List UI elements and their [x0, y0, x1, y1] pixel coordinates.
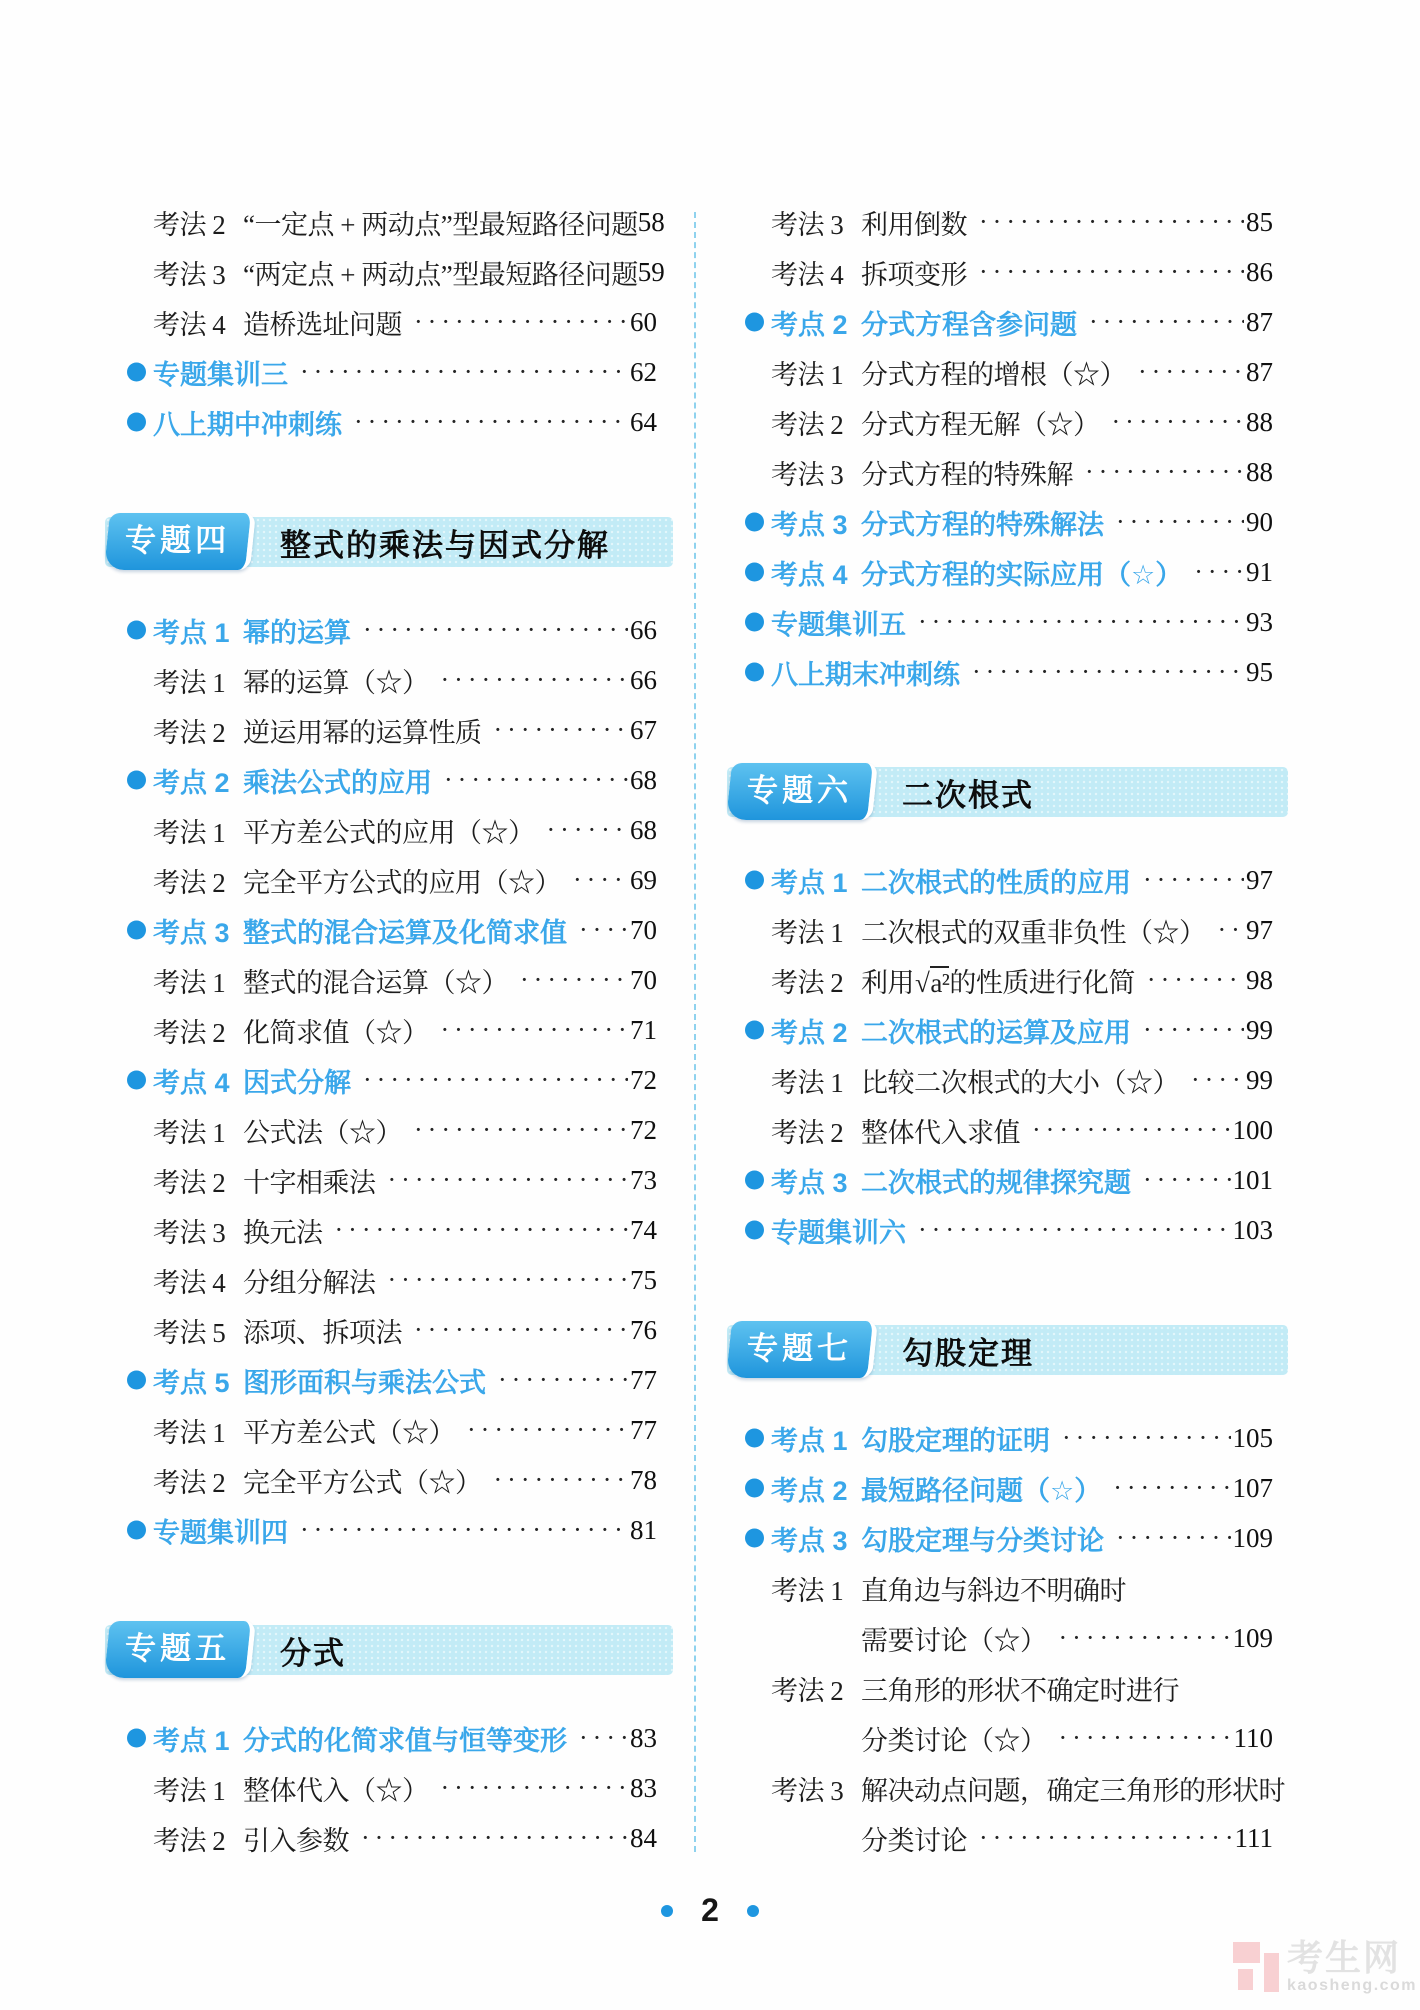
bullet-icon: [745, 1529, 764, 1548]
entry-label: 考点 2: [771, 1469, 861, 1508]
section-header: 专题五分式: [105, 1625, 673, 1675]
entry-label: 考法 2: [153, 861, 243, 900]
toc-entry: 考法 2完全平方公式的应用（☆）························…: [127, 855, 657, 905]
leader-dots: ········································…: [1206, 915, 1245, 945]
page-number: 109: [1233, 1523, 1274, 1554]
section-badge-label: 专题六: [729, 763, 870, 818]
page-number: 88: [1246, 407, 1273, 438]
entry-title: 因式分解: [243, 1061, 351, 1100]
entry-label: 考法 2: [771, 1111, 861, 1150]
bullet-icon: [127, 1071, 146, 1090]
toc-column-right: 考法 3利用倒数································…: [745, 197, 1273, 1863]
page-number: 59: [638, 257, 665, 288]
page-number: 83: [630, 1723, 657, 1754]
toc-entry: 考法 2十字相乘法·······························…: [127, 1155, 657, 1205]
entry-title: 分式方程的增根（☆）: [861, 353, 1126, 392]
entry-label: 考法 1: [771, 353, 861, 392]
watermark-site-name: 考生网: [1287, 1940, 1417, 1976]
leader-dots: ········································…: [1135, 965, 1244, 995]
leader-dots: ········································…: [429, 1015, 629, 1045]
entry-label: 考法 2: [771, 961, 861, 1000]
entry-label: 考法 2: [153, 1461, 243, 1500]
entry-title: 二次根式的规律探究题: [861, 1161, 1131, 1200]
entry-title: 造桥选址问题: [243, 303, 402, 342]
leader-dots: ········································…: [288, 1515, 628, 1545]
toc-entry: 考法 1公式法（☆）······························…: [127, 1105, 657, 1155]
leader-dots: ········································…: [376, 1265, 629, 1295]
toc-entry: 考法 1幂的运算（☆）·····························…: [127, 655, 657, 705]
page-number: 95: [1246, 657, 1273, 688]
toc-entry: 考法 2整体代入求值······························…: [745, 1105, 1273, 1155]
leader-dots: ········································…: [429, 1773, 629, 1803]
page-number: 76: [630, 1315, 657, 1346]
leader-dots: ········································…: [960, 657, 1244, 687]
section-badge: 专题七: [726, 1321, 878, 1378]
leader-dots: ········································…: [482, 715, 629, 745]
page-number: 81: [630, 1515, 657, 1546]
leader-dots: ········································…: [1104, 1523, 1231, 1553]
entry-title: “一定点 + 两动点”型最短路径问题: [243, 203, 638, 242]
leader-dots: ········································…: [567, 1723, 628, 1753]
toc-entry: 八上期中冲刺练·································…: [127, 397, 657, 447]
entry-label: 考法 1: [153, 1411, 243, 1450]
entry-label: 考法 2: [771, 403, 861, 442]
entry-label: 考法 1: [153, 1111, 243, 1150]
entry-title: 图形面积与乘法公式: [243, 1361, 486, 1400]
entry-label: 考法 5: [153, 1311, 243, 1350]
footer-dot-icon: [661, 1905, 673, 1917]
entry-title: 直角边与斜边不明确时: [861, 1569, 1126, 1608]
leader-dots: ········································…: [1179, 1065, 1244, 1095]
entry-title: 幂的运算: [243, 611, 351, 650]
section-title: 整式的乘法与因式分解: [280, 520, 610, 565]
entry-title: 整体代入求值: [861, 1111, 1020, 1150]
toc-entry: 考法 4拆项变形································…: [745, 247, 1273, 297]
page-number: 101: [1233, 1165, 1274, 1196]
entry-title: 平方差公式的应用（☆）: [243, 811, 535, 850]
entry-title: 分组分解法: [243, 1261, 376, 1300]
page-number: 105: [1233, 1423, 1274, 1454]
page-number: 98: [1246, 965, 1273, 996]
bullet-icon: [745, 313, 764, 332]
entry-title: 整式的混合运算（☆）: [243, 961, 508, 1000]
entry-label: 考点 2: [771, 1011, 861, 1050]
entry-title: 二次根式的性质的应用: [861, 861, 1131, 900]
watermark-site-domain: kaosheng.com: [1287, 1978, 1417, 1994]
entry-label: 考法 1: [153, 961, 243, 1000]
toc-entry: 考点 3分式方程的特殊解法···························…: [745, 497, 1273, 547]
toc-entry: 考点 1二次根式的性质的应用··························…: [745, 855, 1273, 905]
leader-dots: ········································…: [432, 765, 628, 795]
entry-title-line2: 需要讨论（☆）: [861, 1619, 1047, 1658]
bullet-icon: [745, 871, 764, 890]
entry-title: 三角形的形状不确定时进行: [861, 1669, 1179, 1708]
entry-title: 完全平方公式（☆）: [243, 1461, 482, 1500]
entry-title: 八上期中冲刺练: [153, 403, 342, 442]
page-number: 58: [638, 207, 665, 238]
bullet-icon: [745, 563, 764, 582]
entry-title: 整式的混合运算及化简求值: [243, 911, 567, 950]
section-title: 分式: [280, 1628, 346, 1673]
leader-dots: ········································…: [402, 1315, 628, 1345]
entry-label: 考法 3: [771, 453, 861, 492]
page-number: 85: [1246, 207, 1273, 238]
entry-label: 考点 1: [771, 1419, 861, 1458]
toc-entry: 考法 3解决动点问题，确定三角形的形状时: [745, 1763, 1273, 1813]
section-badge-label: 专题七: [729, 1321, 870, 1376]
entry-label: 考法 1: [153, 661, 243, 700]
entry-title: 逆运用幂的运算性质: [243, 711, 482, 750]
entry-title-line2: 分类讨论（☆）: [861, 1719, 1047, 1758]
page-number: 74: [630, 1215, 657, 1246]
toc-entry: 考点 2二次根式的运算及应用··························…: [745, 1005, 1273, 1055]
entry-title: 乘法公式的应用: [243, 761, 432, 800]
entry-label: 考法 1: [153, 811, 243, 850]
entry-title: “两定点 + 两动点”型最短路径问题: [243, 253, 638, 292]
leader-dots: ········································…: [1047, 1723, 1232, 1753]
entry-title: 幂的运算（☆）: [243, 661, 429, 700]
entry-title: 完全平方公式的应用（☆）: [243, 861, 561, 900]
page-number: 78: [630, 1465, 657, 1496]
entry-label: 考法 4: [153, 1261, 243, 1300]
page-number: 87: [1246, 357, 1273, 388]
page-number: 103: [1233, 1215, 1274, 1246]
entry-title: 专题集训六: [771, 1211, 906, 1250]
page-number: 69: [630, 865, 657, 896]
entry-label: 考法 2: [153, 1819, 243, 1858]
entry-title: 平方差公式（☆）: [243, 1411, 455, 1450]
bullet-icon: [127, 1521, 146, 1540]
leader-dots: ········································…: [967, 1823, 1233, 1853]
entry-title: 十字相乘法: [243, 1161, 376, 1200]
leader-dots: ········································…: [535, 815, 629, 845]
entry-title: 换元法: [243, 1211, 323, 1250]
watermark-text: 考生网 kaosheng.com: [1287, 1940, 1417, 1994]
entry-label: 考法 1: [771, 911, 861, 950]
entry-label: 考点 5: [153, 1361, 243, 1400]
entry-title: 利用倒数: [861, 203, 967, 242]
entry-title: 分式方程的实际应用（☆）: [861, 553, 1182, 592]
entry-label: 考法 2: [153, 1011, 243, 1050]
page-number: 88: [1246, 457, 1273, 488]
leader-dots: ········································…: [1131, 1165, 1231, 1195]
section-title: 勾股定理: [902, 1328, 1034, 1373]
leader-dots: ········································…: [1073, 457, 1244, 487]
page-number: 66: [630, 615, 657, 646]
toc-entry: 考点 5图形面积与乘法公式···························…: [127, 1355, 657, 1405]
leader-dots: ········································…: [349, 1823, 628, 1853]
page-number: 72: [630, 1115, 657, 1146]
page-number: 73: [630, 1165, 657, 1196]
entry-title: 专题集训三: [153, 353, 288, 392]
toc-entry: 考法 3分式方程的特殊解····························…: [745, 447, 1273, 497]
toc-entry: 考法 1二次根式的双重非负性（☆）·······················…: [745, 905, 1273, 955]
section-header: 专题六二次根式: [727, 767, 1288, 817]
toc-entry: 考点 4分式方程的实际应用（☆）························…: [745, 547, 1273, 597]
toc-entry: 考法 2完全平方公式（☆）···························…: [127, 1455, 657, 1505]
leader-dots: ········································…: [351, 1065, 628, 1095]
toc-entry: 考法 2化简求值（☆）·····························…: [127, 1005, 657, 1055]
page-number: 67: [630, 715, 657, 746]
section-badge-label: 专题四: [107, 513, 248, 568]
leader-dots: ········································…: [429, 665, 629, 695]
entry-label: 考法 2: [153, 711, 243, 750]
toc-entry: 考点 3二次根式的规律探究题··························…: [745, 1155, 1273, 1205]
bullet-icon: [745, 1221, 764, 1240]
toc-entry: 考点 3勾股定理与分类讨论···························…: [745, 1513, 1273, 1563]
toc-entry-continuation: 分类讨论····································…: [745, 1813, 1273, 1863]
entry-label: 考法 3: [153, 1211, 243, 1250]
bullet-icon: [127, 771, 146, 790]
toc-entry: 八上期末冲刺练·································…: [745, 647, 1273, 697]
footer-dot-icon: [747, 1905, 759, 1917]
entry-title: 整体代入（☆）: [243, 1769, 429, 1808]
bullet-icon: [127, 921, 146, 940]
sqrt-radicand: a²: [930, 966, 949, 998]
entry-title: 利用√a²的性质进行化简: [861, 961, 1135, 1000]
entry-label: 考法 4: [153, 303, 243, 342]
page-number: 64: [630, 407, 657, 438]
leader-dots: ········································…: [1131, 1015, 1244, 1045]
entry-label: 考法 3: [771, 203, 861, 242]
entry-title: 化简求值（☆）: [243, 1011, 429, 1050]
entry-label: 考法 3: [771, 1769, 861, 1808]
book-page: { "colors": { "accent_blue": "#3aa7ea", …: [0, 0, 1420, 2010]
entry-title: 专题集训四: [153, 1511, 288, 1550]
toc-entry: 专题集训三···································…: [127, 347, 657, 397]
entry-label: 考点 4: [771, 553, 861, 592]
page-number: 83: [630, 1773, 657, 1804]
page-footer: 2: [0, 1892, 1420, 1929]
leader-dots: ········································…: [906, 1215, 1231, 1245]
entry-title: 比较二次根式的大小（☆）: [861, 1061, 1179, 1100]
toc-entry: 考点 3整式的混合运算及化简求值························…: [127, 905, 657, 955]
bullet-icon: [745, 1479, 764, 1498]
page-number: 77: [630, 1365, 657, 1396]
toc-entry-continuation: 分类讨论（☆）·································…: [745, 1713, 1273, 1763]
toc-entry-continuation: 需要讨论（☆）·································…: [745, 1613, 1273, 1663]
leader-dots: ········································…: [1126, 357, 1244, 387]
toc-entry: 考法 3利用倒数································…: [745, 197, 1273, 247]
column-divider: [694, 212, 696, 1852]
page-number: 109: [1233, 1623, 1274, 1654]
section-badge-label: 专题五: [107, 1621, 248, 1676]
toc-entry: 考法 3“两定点 + 两动点”型最短路径问题59: [127, 247, 657, 297]
entry-label: 考法 1: [153, 1769, 243, 1808]
page-number: 111: [1235, 1823, 1274, 1854]
toc-entry: 考点 1勾股定理的证明·····························…: [745, 1413, 1273, 1463]
leader-dots: ········································…: [1020, 1115, 1231, 1145]
entry-label: 考点 1: [771, 861, 861, 900]
bullet-icon: [745, 1429, 764, 1448]
entry-label: 考法 2: [771, 1669, 861, 1708]
page-number: 99: [1246, 1015, 1273, 1046]
leader-dots: ········································…: [567, 915, 628, 945]
entry-title-line2: 分类讨论: [861, 1819, 967, 1858]
leader-dots: ········································…: [1077, 307, 1244, 337]
sqrt-suffix: 的性质进行化简: [949, 968, 1135, 998]
entry-label: 考点 1: [153, 1719, 243, 1758]
toc-entry: 考法 2“一定点 + 两动点”型最短路径问题58: [127, 197, 657, 247]
bullet-icon: [127, 1371, 146, 1390]
entry-title: 引入参数: [243, 1819, 349, 1858]
page-number: 100: [1233, 1115, 1274, 1146]
page-number: 68: [630, 815, 657, 846]
toc-entry: 考法 1比较二次根式的大小（☆）························…: [745, 1055, 1273, 1105]
page-number: 2: [701, 1892, 719, 1929]
toc-entry: 考点 2乘法公式的应用·····························…: [127, 755, 657, 805]
entry-label: 考法 2: [153, 203, 243, 242]
toc-entry: 考点 4因式分解································…: [127, 1055, 657, 1105]
page-number: 110: [1234, 1723, 1274, 1754]
section-header: 专题七勾股定理: [727, 1325, 1288, 1375]
toc-entry: 考法 3换元法·································…: [127, 1205, 657, 1255]
toc-entry: 考法 1直角边与斜边不明确时: [745, 1563, 1273, 1613]
page-number: 60: [630, 307, 657, 338]
entry-label: 考点 3: [153, 911, 243, 950]
toc-entry: 考点 1幂的运算································…: [127, 605, 657, 655]
toc-entry: 考点 2最短路径问题（☆）···························…: [745, 1463, 1273, 1513]
page-number: 107: [1233, 1473, 1274, 1504]
page-number: 93: [1246, 607, 1273, 638]
page-number: 99: [1246, 1065, 1273, 1096]
bullet-icon: [745, 1171, 764, 1190]
leader-dots: ········································…: [967, 257, 1244, 287]
entry-title: 分式方程的特殊解法: [861, 503, 1104, 542]
entry-label: 考点 4: [153, 1061, 243, 1100]
leader-dots: ········································…: [1182, 557, 1244, 587]
toc-entry: 专题集训四···································…: [127, 1505, 657, 1555]
kaosheng-logo-icon: [1233, 1940, 1279, 1992]
bullet-icon: [127, 413, 146, 432]
page-number: 68: [630, 765, 657, 796]
toc-entry: 考法 2分式方程无解（☆）···························…: [745, 397, 1273, 447]
entry-label: 考点 2: [153, 761, 243, 800]
leader-dots: ········································…: [1104, 507, 1244, 537]
entry-label: 考法 1: [771, 1061, 861, 1100]
entry-title: 二次根式的双重非负性（☆）: [861, 911, 1206, 950]
page-number: 70: [630, 915, 657, 946]
page-number: 90: [1246, 507, 1273, 538]
entry-label: 考法 1: [771, 1569, 861, 1608]
entry-label: 考点 1: [153, 611, 243, 650]
leader-dots: ········································…: [508, 965, 628, 995]
toc-column-left: 考法 2“一定点 + 两动点”型最短路径问题58考法 3“两定点 + 两动点”型…: [127, 197, 657, 1863]
leader-dots: ········································…: [402, 307, 628, 337]
toc-entry: 专题集训五···································…: [745, 597, 1273, 647]
leader-dots: ········································…: [482, 1465, 629, 1495]
entry-label: 考点 3: [771, 503, 861, 542]
bullet-icon: [127, 1729, 146, 1748]
entry-title: 勾股定理与分类讨论: [861, 1519, 1104, 1558]
page-number: 97: [1246, 865, 1273, 896]
entry-label: 考法 3: [153, 253, 243, 292]
entry-label: 考点 2: [771, 303, 861, 342]
section-badge: 专题五: [104, 1621, 256, 1678]
toc-entry: 考法 2逆运用幂的运算性质···························…: [127, 705, 657, 755]
toc-entry: 考法 2利用√a²的性质进行化简························…: [745, 955, 1273, 1005]
toc-entry: 考法 1整体代入（☆）·····························…: [127, 1763, 657, 1813]
leader-dots: ········································…: [402, 1115, 628, 1145]
entry-title: 二次根式的运算及应用: [861, 1011, 1131, 1050]
leader-dots: ········································…: [906, 607, 1244, 637]
toc-entry: 考点 1分式的化简求值与恒等变形························…: [127, 1713, 657, 1763]
leader-dots: ········································…: [288, 357, 628, 387]
entry-title: 最短路径问题（☆）: [861, 1469, 1101, 1508]
leader-dots: ········································…: [1047, 1623, 1231, 1653]
section-badge: 专题四: [104, 513, 256, 570]
toc-entry: 考法 1分式方程的增根（☆）··························…: [745, 347, 1273, 397]
page-number: 87: [1246, 307, 1273, 338]
leader-dots: ········································…: [342, 407, 628, 437]
page-number: 84: [630, 1823, 657, 1854]
leader-dots: ········································…: [323, 1215, 629, 1245]
leader-dots: ········································…: [1050, 1423, 1231, 1453]
toc-entry: 考法 1整式的混合运算（☆）··························…: [127, 955, 657, 1005]
sqrt-prefix: 利用: [861, 968, 914, 998]
entry-title: 分式方程的特殊解: [861, 453, 1073, 492]
entry-title: 添项、拆项法: [243, 1311, 402, 1350]
page-number: 71: [630, 1015, 657, 1046]
section-header: 专题四整式的乘法与因式分解: [105, 517, 673, 567]
section-title: 二次根式: [902, 770, 1034, 815]
entry-title: 公式法（☆）: [243, 1111, 402, 1150]
entry-title: 拆项变形: [861, 253, 967, 292]
entry-title: 勾股定理的证明: [861, 1419, 1050, 1458]
entry-title: 分式的化简求值与恒等变形: [243, 1719, 567, 1758]
page-number: 75: [630, 1265, 657, 1296]
watermark: 考生网 kaosheng.com: [1233, 1940, 1417, 1994]
leader-dots: ········································…: [1101, 1473, 1230, 1503]
leader-dots: ········································…: [561, 865, 628, 895]
page-number: 77: [630, 1415, 657, 1446]
toc-entry: 考法 1平方差公式的应用（☆）·························…: [127, 805, 657, 855]
toc-entry: 考点 2分式方程含参问题····························…: [745, 297, 1273, 347]
bullet-icon: [127, 363, 146, 382]
page-number: 62: [630, 357, 657, 388]
entry-title: 专题集训五: [771, 603, 906, 642]
leader-dots: ········································…: [486, 1365, 628, 1395]
entry-title: 解决动点问题，确定三角形的形状时: [861, 1769, 1285, 1808]
entry-label: 考法 2: [153, 1161, 243, 1200]
section-badge: 专题六: [726, 763, 878, 820]
leader-dots: ········································…: [1100, 407, 1245, 437]
entry-title: 八上期末冲刺练: [771, 653, 960, 692]
bullet-icon: [745, 513, 764, 532]
toc-entry: 考法 1平方差公式（☆）····························…: [127, 1405, 657, 1455]
page-number: 91: [1246, 557, 1273, 588]
page-number: 72: [630, 1065, 657, 1096]
bullet-icon: [127, 621, 146, 640]
toc-entry: 考法 5添项、拆项法······························…: [127, 1305, 657, 1355]
entry-label: 考点 3: [771, 1161, 861, 1200]
page-number: 66: [630, 665, 657, 696]
toc-entry: 考法 4分组分解法·······························…: [127, 1255, 657, 1305]
page-number: 97: [1246, 915, 1273, 946]
toc-entry: 考法 4造桥选址问题······························…: [127, 297, 657, 347]
entry-title: 分式方程无解（☆）: [861, 403, 1100, 442]
bullet-icon: [745, 1021, 764, 1040]
entry-title: 分式方程含参问题: [861, 303, 1077, 342]
entry-label: 考法 4: [771, 253, 861, 292]
bullet-icon: [745, 613, 764, 632]
leader-dots: ········································…: [1131, 865, 1244, 895]
leader-dots: ········································…: [967, 207, 1244, 237]
toc-entry: 考法 2引入参数································…: [127, 1813, 657, 1863]
leader-dots: ········································…: [351, 615, 628, 645]
entry-label: 考点 3: [771, 1519, 861, 1558]
page-number: 70: [630, 965, 657, 996]
